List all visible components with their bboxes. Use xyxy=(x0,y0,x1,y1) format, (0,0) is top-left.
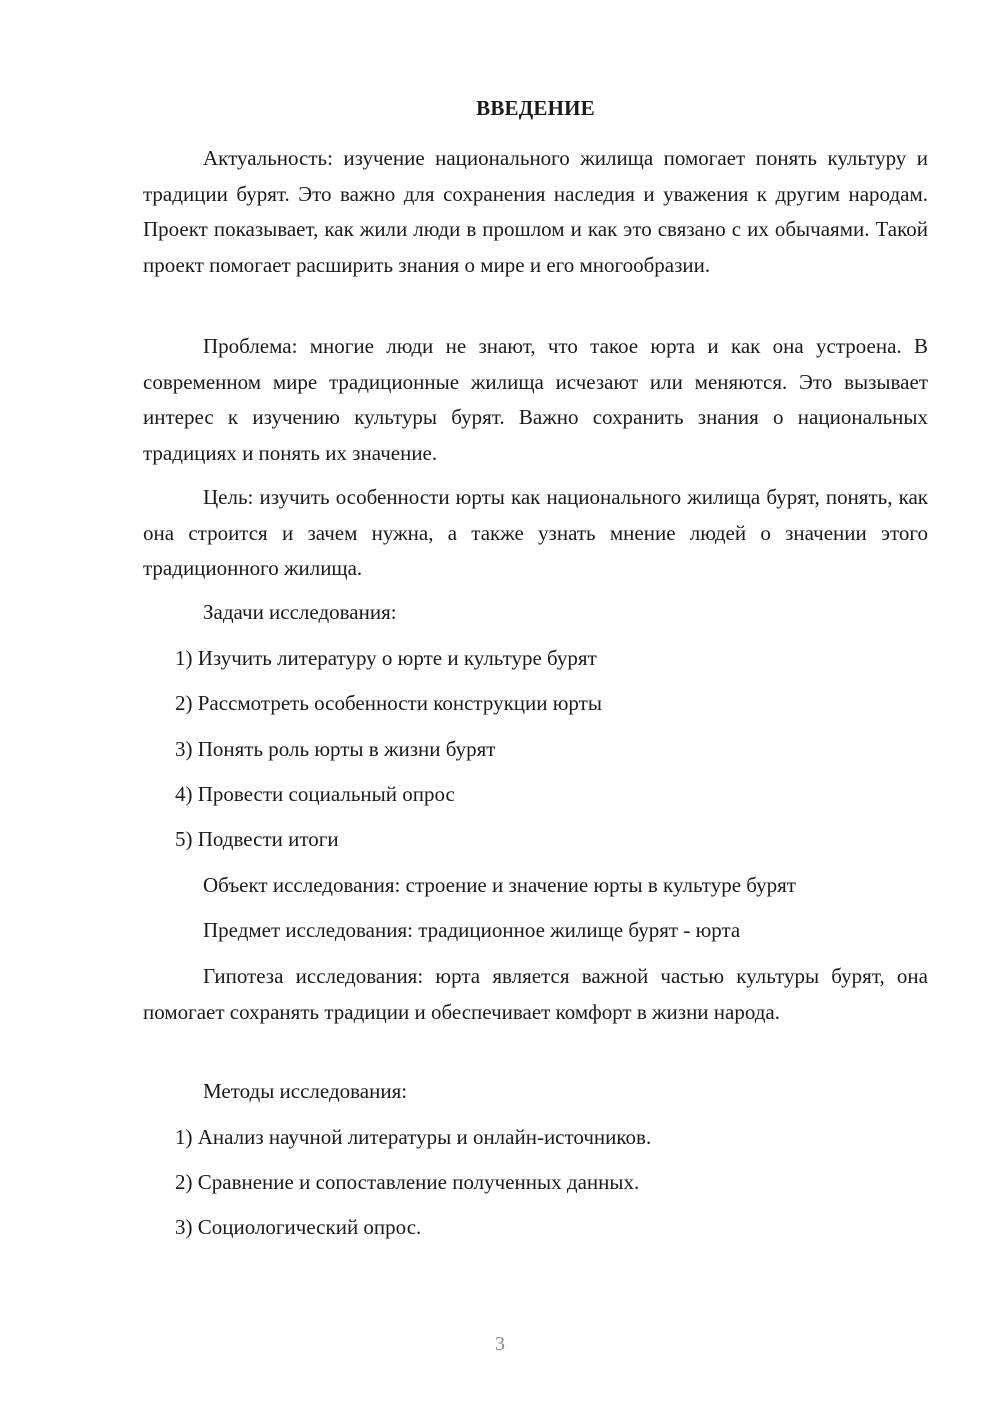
page-number: 3 xyxy=(0,1333,1000,1356)
research-subject: Предмет исследования: традиционное жилищ… xyxy=(203,915,740,945)
list-item: 3) Понять роль юрты в жизни бурят xyxy=(175,734,495,764)
list-item: 4) Провести социальный опрос xyxy=(175,779,455,809)
tasks-heading: Задачи исследования: xyxy=(203,597,397,627)
methods-heading: Методы исследования: xyxy=(203,1076,407,1106)
paragraph-relevance: Актуальность: изучение национального жил… xyxy=(143,141,928,283)
list-item: 3) Социологический опрос. xyxy=(175,1212,421,1242)
paragraph-goal: Цель: изучить особенности юрты как нацио… xyxy=(143,480,928,587)
list-item: 2) Сравнение и сопоставление полученных … xyxy=(175,1167,639,1197)
list-item: 1) Изучить литературу о юрте и культуре … xyxy=(175,643,597,673)
list-item: 2) Рассмотреть особенности конструкции ю… xyxy=(175,688,602,718)
research-object: Объект исследования: строение и значение… xyxy=(203,870,796,900)
paragraph-hypothesis: Гипотеза исследования: юрта является важ… xyxy=(143,959,928,1030)
list-item: 5) Подвести итоги xyxy=(175,824,339,854)
section-title: ВВЕДЕНИЕ xyxy=(143,96,928,121)
list-item: 1) Анализ научной литературы и онлайн-ис… xyxy=(175,1122,651,1152)
paragraph-problem: Проблема: многие люди не знают, что тако… xyxy=(143,329,928,471)
